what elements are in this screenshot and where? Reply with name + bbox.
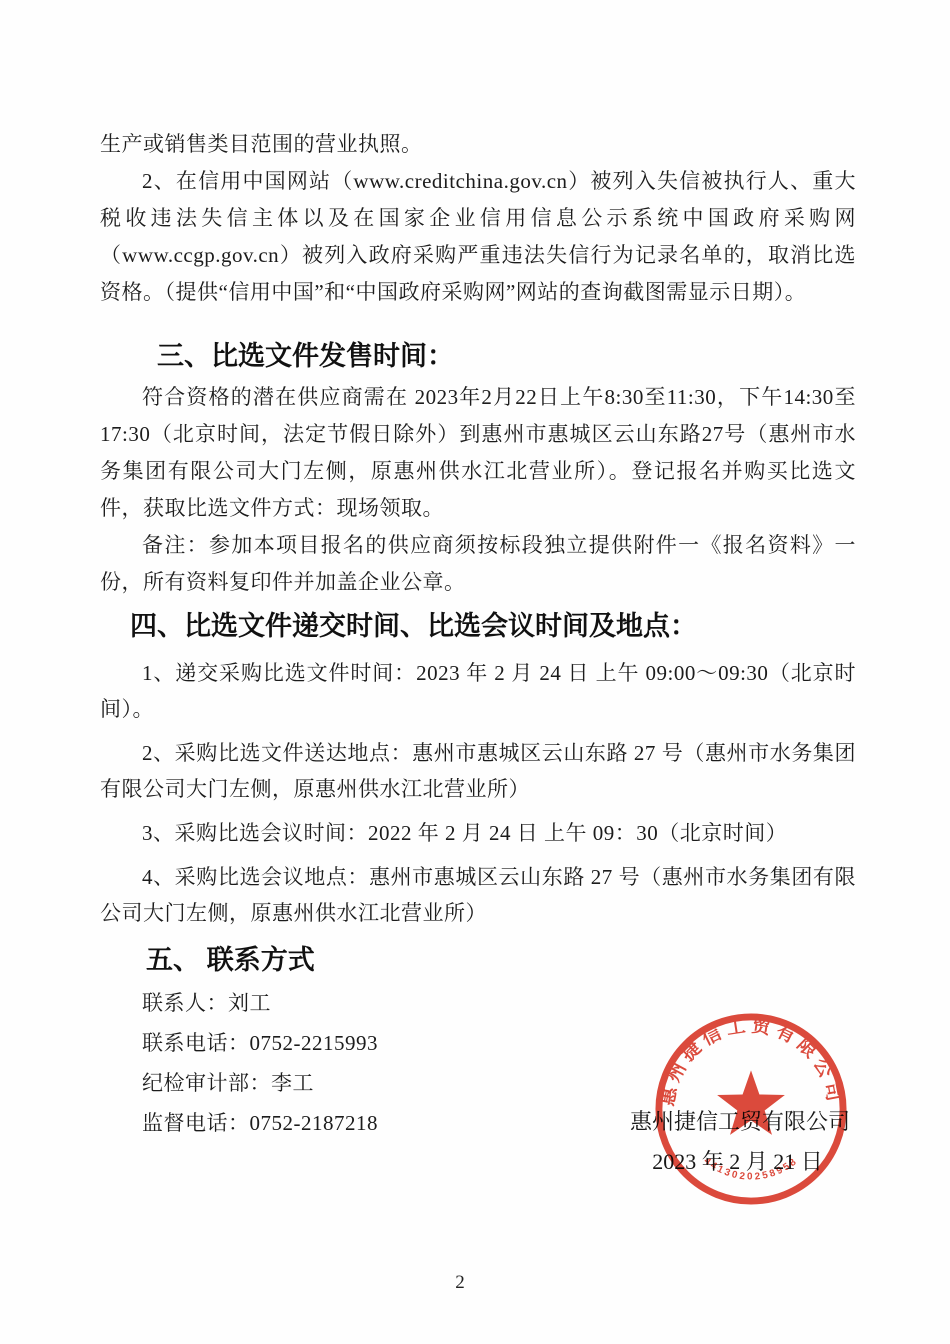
page-number: 2 [0, 1272, 920, 1294]
list-item: 4、采购比选会议地点：惠州市惠城区云山东路 27 号（惠州市水务集团有限公司大门… [100, 859, 856, 931]
company-seal-stamp: 惠州捷信工贸有限公司 4413020258958 [652, 1010, 850, 1208]
section4-heading: 四、比选文件递交时间、比选会议时间及地点： [100, 605, 856, 647]
paragraph-business-license: 生产或销售类目范围的营业执照。 [100, 126, 856, 163]
seal-serial-number: 4413020258958 [702, 1155, 801, 1182]
section3-heading: 三、比选文件发售时间： [100, 335, 856, 377]
list-item: 2、采购比选文件送达地点：惠州市惠城区云山东路 27 号（惠州市水务集团有限公司… [100, 735, 856, 807]
list-item: 1、递交采购比选文件时间：2023 年 2 月 24 日 上午 09:00～09… [100, 655, 856, 727]
section3-note: 备注：参加本项目报名的供应商须按标段独立提供附件一《报名资料》一份，所有资料复印… [100, 527, 856, 601]
list-item: 3、采购比选会议时间：2022 年 2 月 24 日 上午 09：30（北京时间… [100, 815, 856, 851]
section5-heading: 五、 联系方式 [100, 939, 856, 981]
star-icon [717, 1070, 785, 1134]
svg-text:4413020258958: 4413020258958 [702, 1155, 801, 1182]
section3-paragraph: 符合资格的潜在供应商需在 2023年2月22日上午8:30至11:30，下午14… [100, 379, 856, 527]
section4-item-2: 2、采购比选文件送达地点：惠州市惠城区云山东路 27 号（惠州市水务集团有限公司… [100, 735, 856, 807]
section4-item-4: 4、采购比选会议地点：惠州市惠城区云山东路 27 号（惠州市水务集团有限公司大门… [100, 859, 856, 931]
document-body: 生产或销售类目范围的营业执照。 2、在信用中国网站（www.creditchin… [100, 126, 856, 1143]
document-page: 生产或销售类目范围的营业执照。 2、在信用中国网站（www.creditchin… [0, 0, 950, 1344]
paragraph-credit-china: 2、在信用中国网站（www.creditchina.gov.cn）被列入失信被执… [100, 163, 856, 311]
section4-item-1: 1、递交采购比选文件时间：2023 年 2 月 24 日 上午 09:00～09… [100, 655, 856, 727]
section4-item-3: 3、采购比选会议时间：2022 年 2 月 24 日 上午 09：30（北京时间… [100, 815, 856, 851]
